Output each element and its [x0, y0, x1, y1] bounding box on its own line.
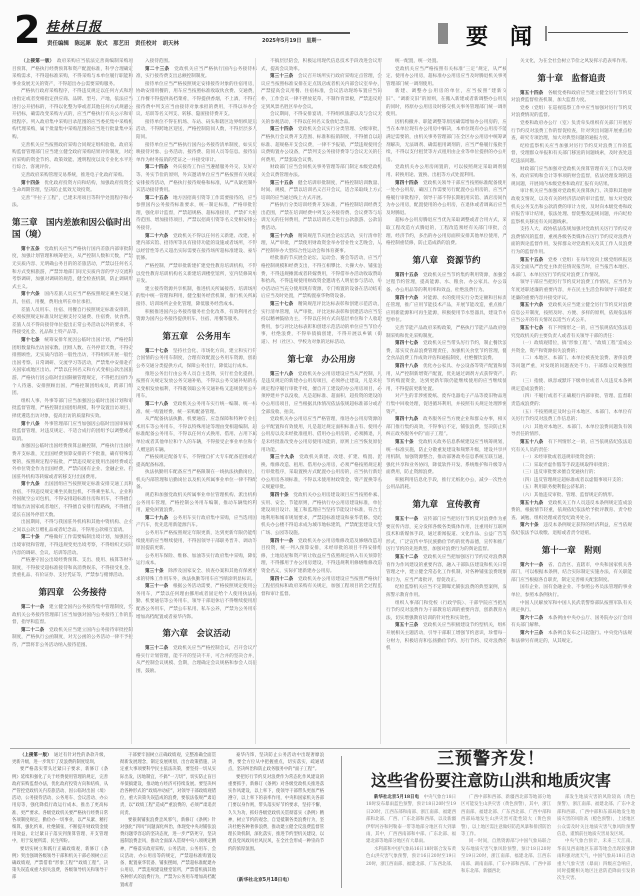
paragraph-text: 宣传部门应当把厉行节约反对浪费作为重要宣传内容，充分发挥各级各类媒体作用，注重用…	[386, 517, 507, 552]
paragraph-text: 出国团组应当按照规定标准安排交通工具和食宿，不得违反规定乘坐民航包机，不得乘坐私…	[12, 482, 133, 517]
article-paragraph: 第四十九条 政务服务应当方便企业和群众办事，相关部门推行集约高效，不得事后不定，…	[386, 416, 507, 439]
article-clause-label: 第三十三条	[270, 74, 293, 79]
article-paragraph: 第十九条 出国团组应当按照规定标准安排交通工具和食宿，不得违反规定乘坐民航包机，…	[12, 481, 133, 519]
article-paragraph: 第五十二条 党政机关应当把加强厉行节约反对浪费教育作为作风建设的重要内容，融入干…	[386, 554, 507, 584]
chapter-heading: 第八章 资源节约	[386, 255, 507, 267]
article-paragraph: 第二十一条 建立健全国内公务接待集中管理制度，党政机关公务接待管理部门应当加强对…	[12, 604, 133, 627]
paragraph-text: 组织人事、外事等部门应当加强因公临时出国计划和审批监督管理，严格控制出国团组规模…	[12, 399, 133, 419]
paragraph-text: 要把厉行节约反对浪费作为常态化作风建设的重要抓手，新修订《条例》对各级党政机关推…	[228, 775, 324, 852]
paragraph-text: （二）本地区、本部门、本单位被查处浪费、奢侈浪费等问题严重，对发现的问题查处不力…	[511, 356, 632, 376]
article-paragraph: 第二十六条 党政机关不得以任何名义新建、改建、扩建内部宾馆、招待所等具有接待功能…	[136, 233, 257, 263]
article-paragraph: 第四十六条 对能源、水的使用实行分类定额和目标责任管理，推广应用节能技术产品，开…	[386, 295, 507, 325]
paragraph-text: 中央气象台18日18时发布暴雨蓝色预警，预计18日20时至19日20时，江西东部…	[366, 795, 456, 844]
paragraph-text: 组织人事部门和党校（行政学院）、干部学院应当把厉行节约反对浪费作为干部教育培训的…	[386, 601, 507, 621]
article-paragraph: 第六十一条 省、自治区、直辖市，中央和国家机关各部门，可以根据本条例，结合实际制…	[511, 562, 632, 585]
paragraph-text: （四）不履行或者不正确履行内部审批、管理、监督职责造成浪费的；	[511, 394, 632, 407]
paragraph-text: 党政机关会议实行分类管理、分级审批，严格执行会议费开支范围、标准和报销制度，不得…	[261, 127, 382, 162]
article-paragraph: 要严格落实带头过紧日子要求，新修订《条例》延续和强化了关于经费使用管理的规定，完…	[12, 766, 108, 845]
article-paragraph: 第五十条 党政机关政务信息系统建设应当统筹规划，统一标准实施，防止分散重复建设和…	[386, 439, 507, 477]
article-paragraph: 第十六条 国内差旅人员应当严格按照规定乘坐交通工具，住宿，用餐，费用由所在单位承…	[12, 291, 133, 306]
article-paragraph: 第六十三条 本条例自发布之日起施行。中央党内法规和法律另有规定的，从其规定。	[511, 630, 632, 645]
paragraph-text: 会议召开场所实行政府采购定点管理，会议应当按照标准安排在定点饭店或者机关内部会议…	[261, 74, 382, 109]
article-paragraph: 豪华内饰，坚决防止公务活动中出现奢靡浪费，要全方位从中把握重点，切实落实，疏通堵…	[228, 752, 324, 774]
chapter-heading: 第十章 监督追责	[511, 73, 632, 85]
article-clause-label: 第三十四条	[270, 127, 293, 132]
paragraph-text: 出国期间，不得与我国驻外机构和其他中资机构、企业之间以公款互赠礼品或者纪念品，不…	[12, 520, 133, 533]
article-paragraph: （五）不按照规定及时公开本地区、本部门、本单位有关厉行节约反对浪费工作信息的；	[511, 409, 632, 424]
article-paragraph: 完善政府采购管理交易系统，推进电子化政府采购。	[12, 172, 133, 180]
article-paragraph: 党政机关应当严格按照有关标准“三定”规定，从严核定、使用办公用房，超标准办公用房…	[386, 66, 507, 89]
chapter-heading: 第四章 公务接待	[12, 587, 133, 599]
article-paragraph: 第二十九条 公务用车实行政府集中采购，应当选用国产汽车，优先选用新能源汽车。	[136, 515, 257, 530]
paragraph-text: 同一时间，自然资源部与中国气象局联合发布地质灾害气象风险预警，预计18日20时至…	[461, 839, 551, 874]
article-paragraph: 完善机关应当按照政府采购合同规定组织验收。政府采购监督管理部门应当建立健全政府采…	[12, 142, 133, 172]
section-marker-left	[438, 23, 448, 44]
paragraph-text: 党政机关办公用房建设项目应当按照朴素、实用、安全、节能原则，严格执行办公用房建设…	[261, 493, 382, 536]
article-clause-label: 第十四条	[21, 181, 40, 186]
article-clause-label: 第十五条	[21, 247, 40, 252]
article-paragraph: 严格按规定配备专车，不得擅自扩大专车配备范围或者提高配备标准。	[136, 454, 257, 469]
article-paragraph: （上接第一版） 通过有针对性的条款升级，更新升级，进一步筑牢了反浪费的制度堤坝。	[12, 752, 108, 766]
paragraph-text: 财政部门应当会同机关事务管理等部门制定本级党政机关会议费管理办法。	[261, 165, 382, 178]
paragraph-text: 超标办公用房腾退应当优先采取调整或者合用方式，采取工程改造方式腾退的，工程改造须…	[386, 218, 507, 246]
article-clause-label: 第五十一条	[395, 517, 418, 522]
article-paragraph: 第四十七条 党政机关应当带头厉行节约，制止餐饮浪费，落实反食品浪费管理责任，加强…	[386, 340, 507, 363]
article-clause-label: 第二十六条	[145, 234, 168, 239]
section-marker-right	[545, 26, 547, 41]
article-paragraph: （六）其他对本地区、本部门、本单位浪费问题负有领导责任的情形。	[511, 424, 632, 439]
paragraph-text: 从严配备执法执勤、机要通信、应急保障和特种专业技术用车等公务用车，不得以特殊用途…	[136, 417, 257, 452]
article-paragraph: 差旅人员用车、住宿、用餐自行按照规定标准安排的，必须按照规定标准及时足额支付交通…	[12, 307, 133, 337]
article-paragraph: 超标办公用房腾退应当优先采取调整或者合用方式，采取工程改造方式腾退的，工程改造须…	[386, 217, 507, 247]
article-paragraph: 执法执勤用车配备应当严格限制在一线执法执勤岗位，机关内部管理和后勤岗位以及机关所…	[136, 469, 257, 492]
chapter-heading: 第六章 会议活动	[136, 628, 257, 640]
article-clause-label: 第六十三条	[520, 631, 543, 636]
article-paragraph: 财政部门应当会同机关事务管理等部门制定本级党政机关会议费管理办法。	[261, 164, 382, 179]
paragraph-text: 关文化，为在全社会树立节俭之风发挥示范表率作用。	[520, 59, 630, 64]
paragraph-text: 接待单位应当严格按照规定安排接待对象的住宿用房，协助安排用餐的，用车应当按照标准…	[136, 82, 257, 117]
paragraph-text: （三）指使、纵容或默许下级单位或者人员违反本条例规定造成浪费的；	[511, 379, 632, 392]
paragraph-text: 积极利用信息化手段，推行无纸化办公，减少一次性办公用品消耗。	[386, 478, 507, 491]
paragraph-text: 严格按规定配备专车，不得擅自扩大专车配备范围或者提高配备标准。	[136, 455, 257, 468]
article-clause-label: 第二十三条	[145, 67, 169, 72]
article-paragraph: 第十五条 党政机关应当严格执行国内差旅内部审批制度，加强计划管理和统筹把关，从严…	[12, 246, 133, 292]
article-column-2: 入接待范围。第二十三条 党政机关应当严格执行国内公务接待标准，实行接待费支出总额…	[136, 58, 257, 744]
article-paragraph: 财政部门应当加强对党政机关预算管理有关工作以及财务、政府采购和会计等事项的财会监…	[511, 166, 632, 189]
article-paragraph: 审计机关应当加强对党政机关预算执行、决算和其他财政收支情况，以及有关的经济活动的…	[511, 188, 632, 226]
article-paragraph: 第五十五条 党委（党组）在每年度向上级党组织报送落实全面从严治党主体责任情况报告…	[511, 257, 632, 280]
article-paragraph: 第六十条 违反本条例规定获得的经济利益，应当依规依纪依法予以收缴、退赔或者责令退…	[511, 522, 632, 537]
article-paragraph: 组织人事、外事等部门应当加强因公临时出国计划和审批监督管理，严格控制出国团组规模…	[12, 398, 133, 421]
article-paragraph: 新建、调整办公用房的单位，应当按照“建新交旧”、“调新交旧”的原则，在搬入新建或…	[386, 88, 507, 118]
article-paragraph: 对产生的非涉密废纸、废弃电器电子产品等废旧物品进行集中回收处理，促进循环利用，并…	[386, 393, 507, 416]
paragraph-text: 党政机关新建、改建、扩建、购置、置换、维修改造、租用、借用办公用房，必须严格按照…	[261, 455, 382, 490]
article-clause-label: 第五十九条	[520, 501, 543, 506]
paragraph-text: 党政机关政务信息系统建设应当统筹规划，统一标准实施，防止分散重复建设和频繁升级，…	[386, 440, 507, 475]
article-paragraph: 积极利用信息化手段，推行无纸化办公，减少一次性办公用品消耗。	[386, 477, 507, 492]
paragraph-text: （一）政绩观错位，搞“形象工程”、“政绩工程”造成公共资金、资产和资源损失浪费的…	[511, 341, 632, 354]
article-clause-label: 第四十五条	[395, 273, 418, 278]
article-clause-label: 第五十七条	[520, 326, 543, 331]
article-clause-label: 第三十五条	[270, 181, 293, 186]
paragraph-text: 入接待范围。	[145, 59, 173, 64]
paragraph-text: 规范和加强党政机关所属事业单位管理机构、派出机构公务用车管理，严格控制公务用车编…	[136, 493, 257, 513]
paragraph-text: 不搞层层陪会，积极运用现代信息技术手段改进会议形式，提高会议效率。	[261, 59, 382, 72]
paragraph-text: 经批准的节庆展会论坛、运动会、赛会等活动，应当严格控制规模和经费支出，不得互相攀…	[261, 256, 382, 299]
paragraph-text: 党委和政府办公厅（室）负责牵头组织有关部门开展厉行节约反对浪费工作的督促检查，针…	[511, 121, 632, 141]
paragraph-text: 审计机关应当加强对党政机关预算执行、决算和其他财政收支情况，以及有关的经济活动的…	[511, 189, 632, 224]
column-divider	[506, 58, 507, 744]
article-paragraph: 国有企业、国有金融企业、不参照公务员法管理的事业单位，参照本条例执行。	[511, 584, 632, 599]
article-clause-label: 第三十二条	[145, 646, 168, 651]
column-divider	[380, 58, 381, 744]
paragraph-text: 接待单位应当严格执行国内公务接待清单制度，如实反映接待对象、公务活动、接待费、陪…	[136, 143, 257, 163]
article-clause-label: 第二十一条	[21, 605, 44, 610]
article-paragraph: 党政机关办公用房闲置的，可以按照规定采取调剂使用、转换用途、置换、出租等方式处置…	[386, 164, 507, 179]
paragraph-text: （五）利用职务便利假公济私的；	[520, 485, 589, 490]
article-paragraph: 纪检监察机关应当加强对厉行节约反对浪费工作的监督，受理群众举报和有关部门移送的问…	[511, 143, 632, 166]
article-paragraph: 第二十条 严格做好工作需要编制出境计划，加强因公出境审批和管理，不得违规变更出境…	[12, 534, 133, 557]
article-column-1: （上接第一版） 政府采购应当依法完善商编制采购项目预算，严格执行经费预算和资产配…	[12, 58, 133, 744]
paragraph-text: 会议期间，不得安排宴请，不得组织旅游以及与会议无关的参观活动，不得以任何名义发放…	[261, 112, 382, 125]
article-paragraph: 第四十二条 党政机关办公用房建设应当按照严格执行工程招投标和政府采购有关规定，加…	[261, 576, 382, 599]
article-clause-label: 第二十七条	[145, 349, 168, 354]
article-paragraph: 第五十四条 各级党委和政府应当建立健全厉行节约反对浪费监督检查机制，加大监督力度…	[511, 90, 632, 105]
article-clause-label: 第五十条	[395, 440, 414, 445]
article-paragraph: 完善“半拉子工程”，已建未用项目等科学处置程序和办法。	[12, 195, 133, 210]
article-paragraph: 第四十八条 优化办公家具、办公设备等资产配置和使用，从严控制新增资产配置，优先通…	[386, 363, 507, 393]
article-paragraph: 部发生地质灾害的风险较高（黄色预警），浙江南部、福建北部、广东中北部和西部、广西…	[557, 794, 635, 838]
article-paragraph: 中央气象台预计，未来三天江南、华南及西南地区东部等地会出现较强降雨和强对流天气，…	[557, 838, 635, 882]
article-clause-label: 第五十五条	[520, 258, 543, 263]
article-paragraph: 第五十六条 党政机关应当建立健全厉行节约反对浪费信息公开制度，按照及时、方便、多…	[511, 302, 632, 325]
issue-date: 2025年5月19日 星期一	[262, 37, 321, 44]
article-paragraph: 第二十五条 地方因招商引资等工作需要接待的，应当参照国内公务接待标准要求，统一制…	[136, 195, 257, 233]
paragraph-text: 完善节能产品政府采购政策，严格执行节能产品政府强制采购和优先采购制度。	[386, 326, 507, 339]
paragraph-text: 完善机关应当按照政府采购合同规定组织验收。政府采购监督管理部门应当建立健全政府采…	[12, 143, 133, 171]
section-title: 要闻	[466, 20, 554, 51]
article-paragraph: 积极推进国内公务接待服务社会化改革，有效利用社会资源为国内公务接待提供用车、住宿…	[136, 309, 257, 324]
paragraph-text: 统一配置，统一处置。	[395, 59, 441, 64]
article-clause-label: 第四十一条	[270, 539, 293, 544]
paragraph-text: 积极推进国内公务接待服务社会化改革，有效利用社会资源为国内公务接待提供用车、住宿…	[136, 310, 257, 323]
article-paragraph: （四）违反管理规定超标准或者以虚假事项开支的；	[511, 477, 632, 485]
commentary-column-3: 豪华内饰，坚决防止公务活动中出现奢靡浪费，要全方位从中把握重点，切实落实，疏通堵…	[228, 752, 324, 872]
paragraph-text: 公务用车保险、维修、加油等实行政府集中采购，降低运行成本。	[136, 554, 257, 567]
paragraph-text: （二）采取弄虚作假等手段违规取得审批的；	[520, 463, 612, 468]
article-clause-label: 第六十条	[520, 523, 539, 528]
feature-headline: 三预警齐发！	[342, 744, 640, 769]
article-paragraph: （三）指使、纵容或默许下级单位或者人员违反本条例规定造成浪费的；	[511, 378, 632, 393]
article-paragraph: 公务用车保险、维修、加油等实行政府集中采购，降低运行成本。	[136, 553, 257, 568]
article-paragraph: 规范和加强党政机关所属事业单位管理机构、派出机构公务用车管理，严格控制公务用车编…	[136, 492, 257, 515]
chapter-heading: 第十一章 附则	[511, 545, 632, 557]
article-paragraph: （五）利用职务便利假公济私的；	[511, 484, 632, 492]
article-paragraph: （四）不履行或者不正确履行内部审批、管理、监督职责造成浪费的；	[511, 393, 632, 408]
paragraph-text: （六）其他违反审批、管理、监督规定的情形。	[520, 493, 616, 498]
article-clause-label: （上接第一版）	[20, 753, 49, 758]
paragraph-text: 纪检监察机关应当加强对厉行节约反对浪费工作的监督，受理群众举报和有关部门移送的问…	[511, 144, 632, 164]
article-paragraph: （上接第一版） 政府采购应当依法完善商编制采购项目预算，严格执行经费预算和资产配…	[12, 58, 133, 88]
article-paragraph: 第二十四条 外宾接待工作应当遵循服务外交、友好对等、务实节俭的原则，外宾邀请单位…	[136, 164, 257, 194]
article-paragraph: 第二十八条 党政机关公务用车实行统一编制、统一标准、统一购置经费、统一采购配备管…	[136, 401, 257, 416]
column-divider	[131, 58, 132, 744]
article-paragraph: 第三十四条 党政机关会议实行分类管理、分级审批，严格执行会议费开支范围、标准和报…	[261, 126, 382, 164]
paragraph-text: （五）不按照规定及时公开本地区、本部门、本单位有关厉行节约反对浪费工作信息的；	[511, 410, 632, 423]
article-paragraph: 第三十二条 党政机关应当严格控制会议，召开会议严格实行计划管理，能不开的坚决不开…	[136, 645, 257, 675]
paragraph-text: 支持人大、政协依法依规加强对党政机关厉行节约反对浪费情况的监督，重视各级各类媒体…	[511, 227, 632, 255]
article-paragraph: 第三十九条 党政机关新建、改建、扩建、购置、置换、维修改造、租用、借用办公用房，…	[261, 454, 382, 492]
article-paragraph: 新华社北京5月18日电 中央气象台18日18时发布暴雨蓝色预警，预计18日20时…	[366, 794, 456, 846]
paragraph-text: 完善“半拉子工程”，已建未用项目等科学处置程序和办法。	[12, 196, 133, 209]
article-paragraph: 第四十一条 党政机关办公用房维修改造及修缮改造项目投资，统一列入预算安排，未经审…	[261, 538, 382, 576]
article-paragraph: 严格执行政府采购程序，不得违反规定以任何方式和理由指定或者变相指定供应商、品牌、…	[12, 88, 133, 141]
paragraph-text: 完善政府采购管理交易系统，推进电子化政府采购。	[21, 173, 127, 178]
article-paragraph: 第五十九条 党政机关工作人员违反本条例规定造成浪费的，根据情节轻重，依规依纪依法…	[511, 500, 632, 523]
feature-column-2: 广西中部和西部、新疆西北部等地部分地区可能发生山洪灾害（黄色预警），其中，浙江西…	[461, 794, 551, 886]
article-column-4: 统一配置，统一处置。党政机关应当严格按照有关标准“三定”规定，从严核定、使用办公…	[386, 58, 507, 744]
paragraph-text: 严格控制、严禁审批新建扩建党性教育培训机构，不得以党性教育培训机构名义新建培训楼…	[136, 264, 257, 284]
article-paragraph: 入接待范围。	[136, 58, 257, 66]
paragraph-text: （四）违反管理规定超标准或者以虚假事项开支的；	[520, 478, 626, 483]
article-clause-label: 第四十六条	[395, 296, 418, 301]
article-paragraph: 要把厉行节约反对浪费作为常态化作风建设的重要抓手，新修订《条例》对各级党政机关推…	[228, 774, 324, 853]
article-paragraph: 第三十七条 精简规范评比达标表彰和创建示范活动，实行清单管理，从严审批，评比达标…	[261, 301, 382, 347]
article-clause-label: 第六十二条	[520, 616, 543, 621]
feature-column-1: 新华社北京5月18日电 中央气象台18日18时发布暴雨蓝色预警，预计18日20时…	[366, 794, 456, 886]
paragraph-text: 对产生的非涉密废纸、废弃电器电子产品等废旧物品进行集中回收处理，促进循环利用，并…	[386, 394, 507, 414]
article-paragraph: 严格执行分类培训经费开支标准，严格控制培训经费支出范围，严禁在培训经费中列支公务…	[261, 202, 382, 232]
article-paragraph: 广西中部和西部、新疆西北部等地部分地区可能发生山洪灾害（黄色预警），其中，浙江西…	[461, 794, 551, 838]
paragraph-text: 中央气象台预计，未来三天江南、华南及西南地区东部等地会出现较强降雨和强对流天气，…	[557, 839, 635, 881]
paragraph-text: （六）其他对本地区、本部门、本单位浪费问题负有领导责任的情形。	[511, 425, 632, 438]
article-column-3: 不搞层层陪会，积极运用现代信息技术手段改进会议形式，提高会议效率。第三十三条 会…	[261, 58, 382, 744]
article-clause-label: 第二十五条	[145, 196, 168, 201]
paragraph-text: 党政机关办公用房建设应当从严控制，凡是违反规定的新建办公用房项目，必须停止建设，…	[261, 372, 382, 415]
article-paragraph: 要切实树立和践行正确政绩观，新修订《条例》突出强调各级领导干部和机关干部必须树立…	[12, 846, 108, 882]
article-paragraph: 关文化，为在全社会树立节俭之风发挥示范表率作用。	[511, 58, 632, 66]
chapter-heading: 第七章 办公用房	[261, 354, 382, 366]
paragraph-text: 干部要牢固树立正确政绩观，完整准确全面贯彻新发展理念，制定发展规划、出台政策措施…	[120, 753, 216, 816]
article-clause-label: 第五十四条	[520, 91, 543, 96]
commentary-column-1: （上接第一版） 通过有针对性的条款升级，更新升级，进一步筑牢了反浪费的制度堤坝。…	[12, 752, 108, 887]
article-clause-label: 第十六条	[21, 292, 40, 297]
article-paragraph: 统一配置，统一处置。	[386, 58, 507, 66]
article-clause-label: 第二十八条	[145, 402, 168, 407]
article-paragraph: 党政机关办公用房应当严格管理，推进办公用房资源的公平配置和有效使用，凡是超过规定…	[261, 416, 382, 454]
article-clause-label: 第二十四条	[145, 165, 168, 170]
paragraph-text: 执法执勤用车配备应当严格限制在一线执法执勤岗位，机关内部管理和后勤岗位以及机关所…	[136, 470, 257, 490]
paragraph-text: 纪检监察机关应当不定期曝光铺张浪费的典型案例，发挥警示教育作用。	[386, 585, 507, 598]
paragraph-text: 领导干部应当把厉行节约反对浪费工作情况，应当作为年度述职述廉的重要内容，并在民主…	[511, 280, 632, 300]
paragraph-text: 新建、调整办公用房的单位，应当按照“建新交旧”、“调新交旧”的原则，在搬入新建或…	[386, 89, 507, 117]
paragraph-text: 推进公务出行由公务人员自主选择，实行社会化提供，按照有关规定发放公务交通补贴，不…	[136, 372, 257, 400]
feature-subheadline: 这些省份要注意防山洪和地质灾害	[342, 768, 640, 791]
article-clause-label: 第四十九条	[395, 417, 418, 422]
article-paragraph: 建立接待资源共享机制，推进机关所属接待、培训场所的集中统一管理和利用，健全服务经…	[136, 286, 257, 309]
article-paragraph: 第六十二条 本条例由中央办公厅、国务院办公厅会同有关部门解释。	[511, 615, 632, 630]
article-clause-label: 第五十二条	[395, 555, 418, 560]
article-clause-label: 第二十九条	[145, 516, 168, 521]
article-clause-label: 第四十七条	[395, 341, 418, 346]
article-paragraph: 出国期间，不得与我国驻外机构和其他中资机构、企业之间以公款互赠礼品或者纪念品，不…	[12, 519, 133, 534]
paragraph-text: 公务用车严格按照规定年限更新，达到更新年限仍能继续使用的应当继续使用，不得因领导…	[136, 531, 257, 551]
commentary-credit: （新华社北京5月18日电）	[234, 876, 292, 883]
article-clause-label: 第二十条	[21, 535, 40, 540]
paragraph-text: 党政机关应当严格按照有关标准“三定”规定，从严核定、使用办公用房，超标准办公用房…	[386, 67, 507, 87]
article-paragraph: （二）本地区、本部门、本单位被查处浪费、奢侈浪费等问题严重，对发现的问题查处不力…	[511, 355, 632, 378]
article-clause-label: 第三十八条	[270, 372, 293, 377]
paragraph-text: 要狠刹铺张浪费歪风邪气，新修订《条例》针对强化“四风”问题深化纠治，体现党中央对…	[120, 818, 216, 887]
paragraph-text: 严格执行分类培训经费开支标准，严格控制培训经费支出范围，严禁在培训经费中列支公务…	[261, 203, 382, 231]
chapter-heading: 第五章 公务用车	[136, 331, 257, 343]
article-paragraph: 党委和政府办公厅（室）负责牵头组织有关部门开展厉行节约反对浪费工作的督促检查，针…	[511, 120, 632, 143]
chapter-heading: 第九章 宣传教育	[386, 499, 507, 511]
article-paragraph: 第二十七条 坚持社会化、市场化方向，建立和实行符合国情的公务用车制度，合理有效配…	[136, 348, 257, 371]
article-paragraph: 公务用车严格按照规定年限更新，达到更新年限仍能继续使用的应当继续使用，不得因领导…	[136, 530, 257, 553]
article-paragraph: 从严配备执法执勤、机要通信、应急保障和特种专业技术用车等公务用车，不得以特殊用途…	[136, 416, 257, 454]
article-paragraph: 因机构撤并、职能调整等原因确需增加办公用房的，应当在本单位现有办公用房中解决，本…	[386, 119, 507, 165]
page-number: 2	[14, 12, 38, 48]
article-paragraph: 接待单位不得在机场、车站、码头和辖区边界组织迎送活动，不得跨地区迎送，严格控制陪…	[136, 119, 257, 142]
paragraph-text: （三）违反审批要求擅自变通执行的；	[520, 470, 598, 475]
paragraph-text: 国有企业、国有金融企业、不参照公务员法管理的事业单位，参照本条例执行。	[511, 585, 632, 598]
paragraph-text: 根据公务活动需要，严格按照规定使用公务用车，严禁以任何理由挪用或者固定给个人使用…	[136, 584, 257, 619]
paragraph-text: 广西中部和西部、新疆西北部等地部分地区可能发生山洪灾害（黄色预警），其中，浙江西…	[461, 795, 551, 837]
article-clause-label: 第二十二条	[21, 628, 44, 633]
article-paragraph: 干部要牢固树立正确政绩观，完整准确全面贯彻新发展理念，制定发展规划、出台政策措施…	[120, 752, 216, 817]
article-paragraph: 第四十五条 党政机关应当节约集约利用资源，加强全过程节约管理，提高能源、水、粮食…	[386, 272, 507, 295]
article-paragraph: 第十四条 优化政府投资方向和结构，加强政府投资全生命周期管理，坚决防止低效无效投…	[12, 180, 133, 195]
article-paragraph: 要狠刹铺张浪费歪风邪气，新修订《条例》针对强化“四风”问题深化纠治，体现党中央对…	[120, 817, 216, 887]
article-clause-label: 第三十一条	[145, 584, 168, 589]
article-clause-label: 第三十九条	[270, 455, 294, 460]
article-paragraph: 第五十八条 有下列情形之一的，应当依规依纪依法追究有关人员的责任：	[511, 439, 632, 454]
article-clause-label: 第五十三条	[395, 623, 418, 628]
paragraph-text: 部发生地质灾害的风险较高（黄色预警），浙江南部、福建北部、广东中北部和西部、广西…	[557, 795, 635, 837]
article-paragraph: 第四十条 党政机关办公用房建设项目应当按照朴素、实用、安全、节能原则，严格执行办…	[261, 492, 382, 538]
article-clause-label: 第四十四条	[395, 181, 418, 186]
article-paragraph: 第三十三条 会议召开场所实行政府采购定点管理，会议应当按照标准安排在定点饭店或者…	[261, 73, 382, 111]
article-paragraph: 第十七条 统筹安排年度因公临时出国计划，严格控制团组数量和出访国家数、团组人数、…	[12, 337, 133, 398]
article-clause-label: 第六十一条	[520, 563, 543, 568]
article-paragraph: 第三十八条 党政机关办公用房建设应当从严控制，凡是违反规定的新建办公用房项目，必…	[261, 371, 382, 417]
article-clause-label: 第四十八条	[395, 364, 418, 369]
article-paragraph: 领导干部应当把厉行节约反对浪费工作情况，应当作为年度述职述廉的重要内容，并在民主…	[511, 279, 632, 302]
article-paragraph: （一）未经审批或者违规审批资金的；	[511, 454, 632, 462]
article-paragraph: 第二十三条 党政机关应当严格执行国内公务接待标准，实行接待费支出总额控制制度。	[136, 66, 257, 81]
article-clause-label: 第十九条	[21, 482, 40, 487]
article-paragraph: （六）其他违反审批、管理、监督规定的情形。	[511, 492, 632, 500]
paragraph-text: 党政机关应当严格执行国内差旅内部审批制度，加强计划管理和统筹把关，从严控制人数和…	[12, 247, 133, 290]
article-paragraph: 第三十一条 根据公务活动需要，严格按照规定使用公务用车，严禁以任何理由挪用或者固…	[136, 583, 257, 621]
article-paragraph: 第二十二条 党政机关应当建立国内公务接待审批控制制度，严格执行公函制度，对无公函…	[12, 627, 133, 650]
article-paragraph: 接待单位应当严格按照规定安排接待对象的住宿用房，协助安排用餐的，用车应当按照标准…	[136, 81, 257, 119]
article-paragraph: 会议期间，不得安排宴请，不得组织旅游以及与会议无关的参观活动，不得以任何名义发放…	[261, 111, 382, 126]
paragraph-text: 党委（党组）在巡视巡察工作中应当加强对厉行节约反对浪费情况的监督。	[511, 106, 632, 119]
masthead: 2 桂林日报 责任编辑 陈远犀 版式 那艺田 责任校对 胡天林 2025年5月1…	[0, 0, 640, 52]
masthead-rule-right	[548, 32, 628, 33]
paragraph-text: 要严格落实带头过紧日子要求，新修订《条例》延续和强化了关于经费使用管理的规定，完…	[12, 767, 108, 844]
article-paragraph: （三）违反审批要求擅自变通执行的；	[511, 469, 632, 477]
paragraph-text: 接待单位不得在机场、车站、码头和辖区边界组织迎送活动，不得跨地区迎送，严格控制陪…	[136, 120, 257, 140]
article-paragraph: 推进公务出行由公务人员自主选择，实行社会化提供，按照有关规定发放公务交通补贴，不…	[136, 371, 257, 401]
article-paragraph: 第三十五条 健全培训审批制度，严格控制培训数量、时间、规模，严禁以培训名义召开会…	[261, 180, 382, 203]
masthead-rule	[46, 32, 350, 34]
paragraph-text: （一）未经审批或者违规审批资金的；	[520, 455, 598, 460]
chapter-heading: 第三章 国内差旅和因公临时出国（境）	[12, 217, 133, 241]
article-paragraph: 第五十七条 有下列情形之一的，应当依规依纪依法追究党政机关的主要负责人或者有关领…	[511, 325, 632, 340]
column-divider	[255, 58, 256, 744]
article-paragraph: 党委（党组）在巡视巡察工作中应当加强对厉行节约反对浪费情况的监督。	[511, 105, 632, 120]
paragraph-text: 中国人民解放军和中国人民武装警察部队按照军队有关规定执行。	[511, 601, 632, 614]
article-paragraph: 支持人大、政协依法依规加强对党政机关厉行节约反对浪费情况的监督，重视各级各类媒体…	[511, 226, 632, 256]
feature-column-3: 部发生地质灾害的风险较高（黄色预警），浙江南部、福建北部、广东中北部和西部、广西…	[557, 794, 635, 886]
article-clause-label: 第三十六条	[270, 234, 293, 239]
article-paragraph: 第十八条 外事管理部门应当加强因公临时出国审核审批监督管理，对违反规定、不适合成…	[12, 421, 133, 444]
article-paragraph: （一）政绩观错位，搞“形象工程”、“政绩工程”造成公共资金、资产和资源损失浪费的…	[511, 340, 632, 355]
article-clause-label: （上接第一版）	[21, 59, 52, 64]
article-clause-label: 第三十条	[145, 569, 164, 574]
article-paragraph: 接待单位应当严格执行国内公务接待清单制度，如实反映接待对象、公务活动、接待费、陪…	[136, 142, 257, 165]
article-clause-label: 第五十八条	[520, 440, 543, 445]
paragraph-text: 差旅人员用车、住宿、用餐自行按照规定标准安排的，必须按照规定标准及时足额支付交通…	[12, 308, 133, 336]
article-paragraph: 第四十四条 党政机关领导干部应当按照标准配备使用一处办公用房，确因工作需要另行配…	[386, 180, 507, 218]
article-paragraph: 经批准的节庆展会论坛、运动会、赛会等活动，应当严格控制规模和经费支出，不得互相攀…	[261, 255, 382, 301]
paragraph-text: 财政部门应当加强对党政机关预算管理有关工作以及财务、政府采购和会计等事项的财会监…	[511, 167, 632, 187]
article-paragraph: 第三十六条 精简规范节庆展会论坛活动，实行清单管理，从严审批，严禁使用财政资金举…	[261, 233, 382, 256]
article-clause-label: 第四十条	[270, 493, 289, 498]
commentary-column-2: 干部要牢固树立正确政绩观，完整准确全面贯彻新发展理念，制定发展规划、出台政策措施…	[120, 752, 216, 887]
article-paragraph: 纪检监察机关应当不定期曝光铺张浪费的典型案例，发挥警示教育作用。	[386, 584, 507, 599]
paragraph-text: 豪华内饰，坚决防止公务活动中出现奢靡浪费，要全方位从中把握重点，切实落实，疏通堵…	[228, 753, 324, 772]
article-paragraph: 第五十一条 宣传部门应当把厉行节约反对浪费作为重要宣传内容，充分发挥各级各类媒体…	[386, 516, 507, 554]
article-paragraph: （二）采取弄虚作假等手段违规取得审批的；	[511, 462, 632, 470]
article-clause-label: 新华社北京5月18日电	[374, 795, 419, 800]
paragraph-text: 因机构撤并、职能调整等原因确需增加办公用房的，应当在本单位现有办公用房中解决，本…	[386, 120, 507, 163]
paragraph-text: 统筹安排年度因公临时出国计划，严格控制团组数量和出访国家数、团组人数、在外停留天…	[12, 338, 133, 396]
article-paragraph: 不搞层层陪会，积极运用现代信息技术手段改进会议形式，提高会议效率。	[261, 58, 382, 73]
article-paragraph: 完善节能产品政府采购政策，严格执行节能产品政府强制采购和优先采购制度。	[386, 325, 507, 340]
article-column-5: 关文化，为在全社会树立节俭之风发挥示范表率作用。第十章 监督追责第五十四条 各级…	[511, 58, 632, 744]
paragraph-text: 党政机关办公用房应当严格管理，推进办公用房资源的公平配置和有效使用，凡是超过规定…	[261, 417, 382, 452]
article-paragraph: 加强因公临时出国经费预算总额控制，严格执行出国经费开支标准，无出国经费预算安排的…	[12, 443, 133, 481]
article-clause-label: 第十七条	[21, 338, 40, 343]
paragraph-text: 加强因公临时出国经费预算总额控制，严格执行出国经费开支标准，无出国经费预算安排的…	[12, 444, 133, 479]
article-clause-label: 第五十六条	[520, 303, 543, 308]
paragraph-text: 党政机关办公用房闲置的，可以按照规定采取调剂使用、转换用途、置换、出租等方式处置…	[386, 165, 507, 178]
newspaper-page: 2 桂林日报 责任编辑 陈远犀 版式 那艺田 责任校对 胡天林 2025年5月1…	[0, 0, 640, 896]
article-paragraph: 第三十条 除涉及国家安全、侦查办案和其他有保密要求的特殊工作用车外，执法执勤等用…	[136, 568, 257, 583]
paragraph-text: 水利部和中国气象局16日18时联合发布黄色山洪灾害气象预警，预计16日20时至1…	[366, 847, 456, 867]
paragraph-text: 严格执行政府采购程序，不得违反规定以任何方式和理由指定或者变相指定供应商、品牌、…	[12, 89, 133, 140]
article-paragraph: 水利部和中国气象局16日18时联合发布黄色山洪灾害气象预警，预计16日20时至1…	[366, 846, 456, 868]
article-paragraph: 严格遵守因公出境经费预算、支出、使用、核算等财务制度，不得接受超标准接待和高消费…	[12, 557, 133, 580]
article-clause-label: 第四十二条	[270, 577, 293, 582]
paragraph-text: 严格遵守因公出境经费预算、支出、使用、核算等财务制度，不得接受超标准接待和高消费…	[12, 558, 133, 578]
article-paragraph: 同一时间，自然资源部与中国气象局联合发布地质灾害气象风险预警，预计18日20时至…	[461, 838, 551, 875]
article-paragraph: 中国人民解放军和中国人民武装警察部队按照军队有关规定执行。	[511, 600, 632, 615]
article-paragraph: 第五十三条 党政机关应当积极建设节约型机关，组织开展相关主题活动，引导干部职工增…	[386, 622, 507, 652]
article-paragraph: 严格控制、严禁审批新建扩建党性教育培训机构，不得以党性教育培训机构名义新建培训楼…	[136, 263, 257, 286]
paragraph-text: 精简规范评比达标表彰和创建示范活动，实行清单管理，从严审批，评比达标表彰和创建活…	[261, 302, 382, 345]
article-paragraph: 组织人事部门和党校（行政学院）、干部学院应当把厉行节约反对浪费作为干部教育培训的…	[386, 600, 507, 623]
article-clause-label: 第三十七条	[270, 302, 293, 307]
paragraph-text: 要切实树立和践行正确政绩观，新修订《条例》突出强调各级领导干部和机关干部必须树立…	[12, 847, 108, 881]
editor-credits: 责任编辑 陈远犀 版式 那艺田 责任校对 胡天林	[47, 39, 179, 47]
paragraph-text: 建立接待资源共享机制，推进机关所属接待、培训场所的集中统一管理和利用，健全服务经…	[136, 287, 257, 307]
article-clause-label: 第十八条	[21, 422, 40, 427]
